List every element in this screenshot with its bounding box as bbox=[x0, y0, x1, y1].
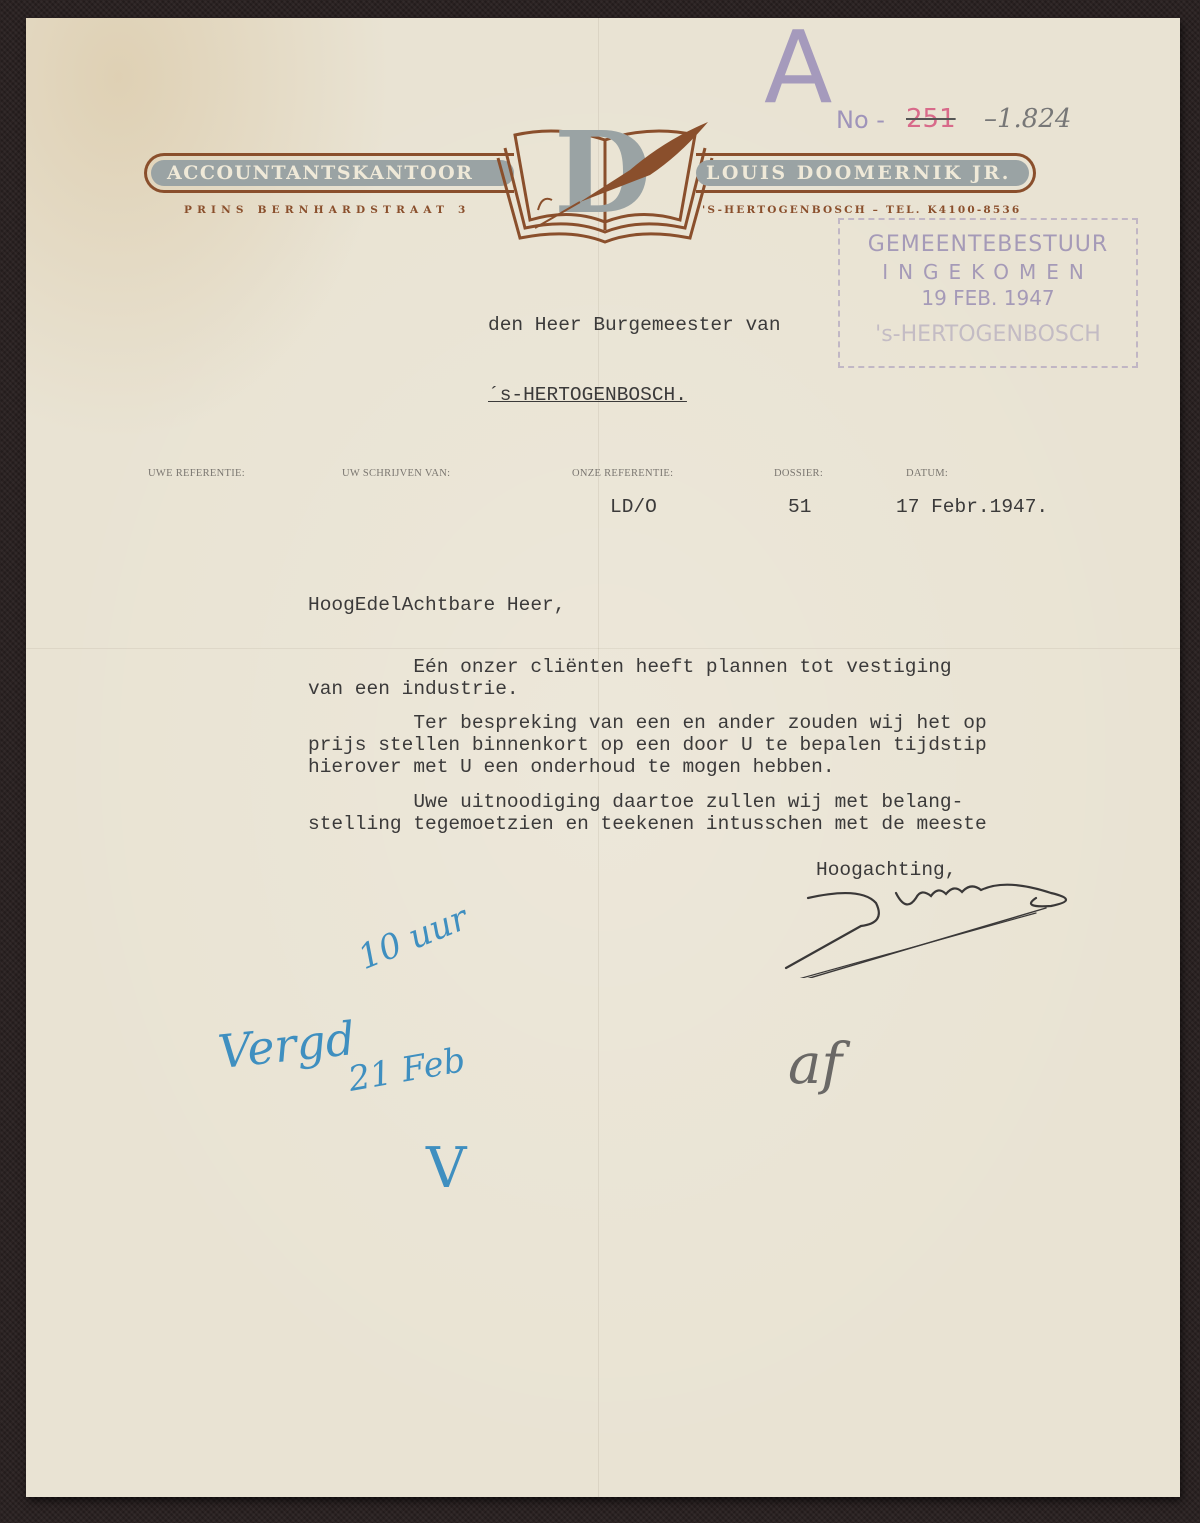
letterhead-name: LOUIS DOOMERNIK JR. bbox=[706, 162, 1011, 184]
body-line: prijs stellen binnenkort op een door U t… bbox=[308, 736, 987, 756]
note-check: V bbox=[426, 1136, 466, 1201]
stamp-date: 19 FEB. 1947 bbox=[840, 286, 1136, 310]
note-af: af bbox=[788, 1032, 842, 1097]
book-quill-logo-icon: D bbox=[480, 100, 730, 250]
letterhead-address: PRINS BERNHARDSTRAAT 3 bbox=[184, 204, 471, 216]
note-vergd: Vergd bbox=[216, 1011, 358, 1079]
recipient-line-1: den Heer Burgemeester van bbox=[488, 316, 781, 336]
stamp-line-1: GEMEENTEBESTUUR bbox=[840, 232, 1136, 257]
stamp-letter-a: A bbox=[764, 18, 832, 118]
body-line: Eén onzer cliënten heeft plannen tot ves… bbox=[308, 658, 952, 678]
signature-icon bbox=[766, 878, 1116, 978]
struck-number: 251 bbox=[906, 104, 956, 134]
recipient-city: ´s-HERTOGENBOSCH. bbox=[488, 386, 687, 406]
value-dossier: 51 bbox=[788, 498, 811, 518]
note-date: 21 Feb bbox=[345, 1040, 468, 1100]
body-line: Uwe uitnoodiging daartoe zullen wij met … bbox=[308, 793, 963, 813]
label-onze-referentie: ONZE REFERENTIE: bbox=[572, 468, 673, 479]
label-dossier: DOSSIER: bbox=[774, 468, 823, 479]
letterhead-name-bar: LOUIS DOOMERNIK JR. bbox=[696, 153, 1036, 193]
body-line: stelling tegemoetzien en teekenen intuss… bbox=[308, 815, 987, 835]
body-line: van een industrie. bbox=[308, 680, 519, 700]
label-uwe-referentie: UWE REFERENTIE: bbox=[148, 468, 245, 479]
fold-line-horizontal bbox=[26, 648, 1180, 649]
number-prefix: No - bbox=[836, 106, 885, 134]
stamp-line-2: INGEKOMEN bbox=[840, 260, 1136, 284]
body-line: hierover met U een onderhoud te mogen he… bbox=[308, 758, 835, 778]
received-stamp: GEMEENTEBESTUUR INGEKOMEN 19 FEB. 1947 '… bbox=[838, 218, 1138, 368]
label-datum: DATUM: bbox=[906, 468, 948, 479]
letterhead-firm-label: ACCOUNTANTSKANTOOR bbox=[167, 162, 473, 184]
letterhead-city-phone: 'S-HERTOGENBOSCH – TEL. K4100-8536 bbox=[702, 204, 1021, 216]
value-datum: 17 Febr.1947. bbox=[896, 498, 1048, 518]
label-uw-schrijven-van: UW SCHRIJVEN VAN: bbox=[342, 468, 450, 479]
note-time: 10 uur bbox=[353, 898, 474, 978]
handwritten-number: –1.824 bbox=[984, 104, 1071, 134]
body-line: Ter bespreking van een en ander zouden w… bbox=[308, 714, 987, 734]
stamp-line-4: 's-HERTOGENBOSCH bbox=[840, 322, 1136, 347]
letterhead-firm-bar: ACCOUNTANTSKANTOOR bbox=[144, 153, 514, 193]
letter-page: ACCOUNTANTSKANTOOR PRINS BERNHARDSTRAAT … bbox=[26, 18, 1180, 1497]
salutation: HoogEdelAchtbare Heer, bbox=[308, 596, 565, 616]
value-onze-referentie: LD/O bbox=[610, 498, 657, 518]
